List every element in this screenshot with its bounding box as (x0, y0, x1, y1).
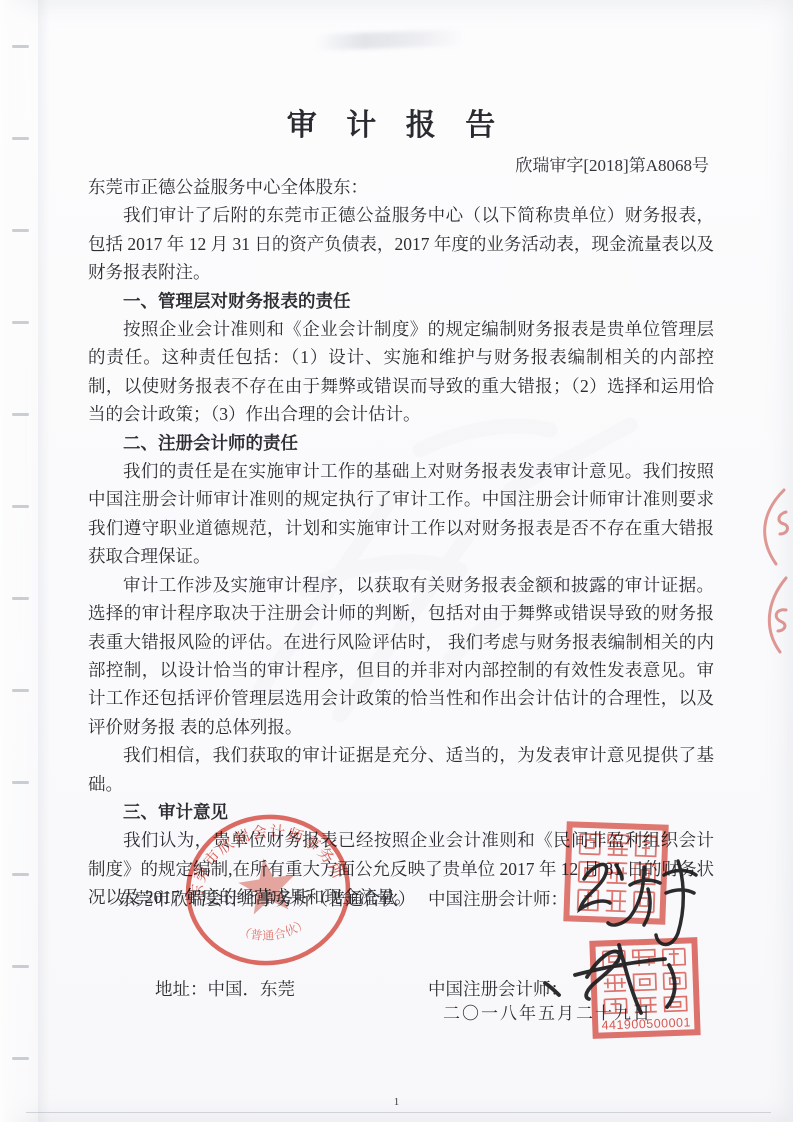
binding-hole-mark (12, 965, 29, 968)
binding-hole-mark (12, 781, 29, 784)
binding-hole-mark (12, 873, 29, 876)
page-title: 审 计 报 告 (0, 100, 793, 144)
cpa-label-1: 中国注册会计师： (428, 886, 568, 911)
audit-report-page: 审 计 报 告 欣瑞审字[2018]第A8068号 东莞市正德公益服务中心全体股… (0, 0, 793, 1122)
scan-edge-line (26, 1112, 771, 1113)
page-left-edge (0, 0, 38, 1122)
page-number: 1 (0, 1096, 793, 1108)
paragraph: 我们相信，我们获取的审计证据是充分、适当的，为发表审计意见提供了基础。 (88, 741, 714, 798)
binding-hole-mark (12, 505, 29, 508)
svg-text:（普通合伙）: （普通合伙） (235, 914, 312, 947)
firm-seal-inner-text: （普通合伙） (235, 914, 312, 947)
paragraph: 我们的责任是在实施审计工作的基础上对财务报表发表审计意见。我们按照中国注册会计师… (88, 457, 714, 571)
cpa-label-2: 中国注册会计师： (428, 976, 568, 1001)
report-date: 二〇一八年五月二十九日 (443, 999, 652, 1024)
report-body: 东莞市正德公益服务中心全体股东： 我们审计了后附的东莞市正德公益服务中心（以下简… (88, 173, 714, 912)
salutation: 东莞市正德公益服务中心全体股东： (88, 173, 714, 201)
intro-paragraph: 我们审计了后附的东莞市正德公益服务中心（以下简称贵单位）财务报表，包括 2017… (88, 201, 714, 286)
edge-seal-fragment (746, 572, 793, 654)
binding-hole-mark (12, 689, 29, 692)
binding-hole-mark (12, 229, 29, 232)
edge-seal-fragment (748, 486, 793, 566)
paragraph: 按照企业会计准则和《企业会计制度》的规定编制财务报表是贵单位管理层的责任。这种责… (88, 315, 714, 429)
firm-name: 东莞市欣瑞会计师事务所（普通合伙） (118, 886, 416, 911)
scan-smudge (315, 29, 465, 50)
section-heading-1: 一、管理层对财务报表的责任 (88, 287, 714, 315)
binding-hole-mark (12, 45, 29, 48)
binding-hole-mark (12, 321, 29, 324)
page-left-edge-shadow (38, 0, 50, 1122)
paragraph: 审计工作涉及实施审计程序，以获取有关财务报表金额和披露的审计证据。选择的审计程序… (88, 571, 714, 741)
section-heading-2: 二、注册会计师的责任 (88, 429, 714, 457)
binding-hole-mark (12, 1057, 29, 1060)
firm-address: 地址：中国．东莞 (155, 976, 295, 1001)
binding-hole-mark (12, 597, 29, 600)
binding-hole-mark (12, 413, 29, 416)
